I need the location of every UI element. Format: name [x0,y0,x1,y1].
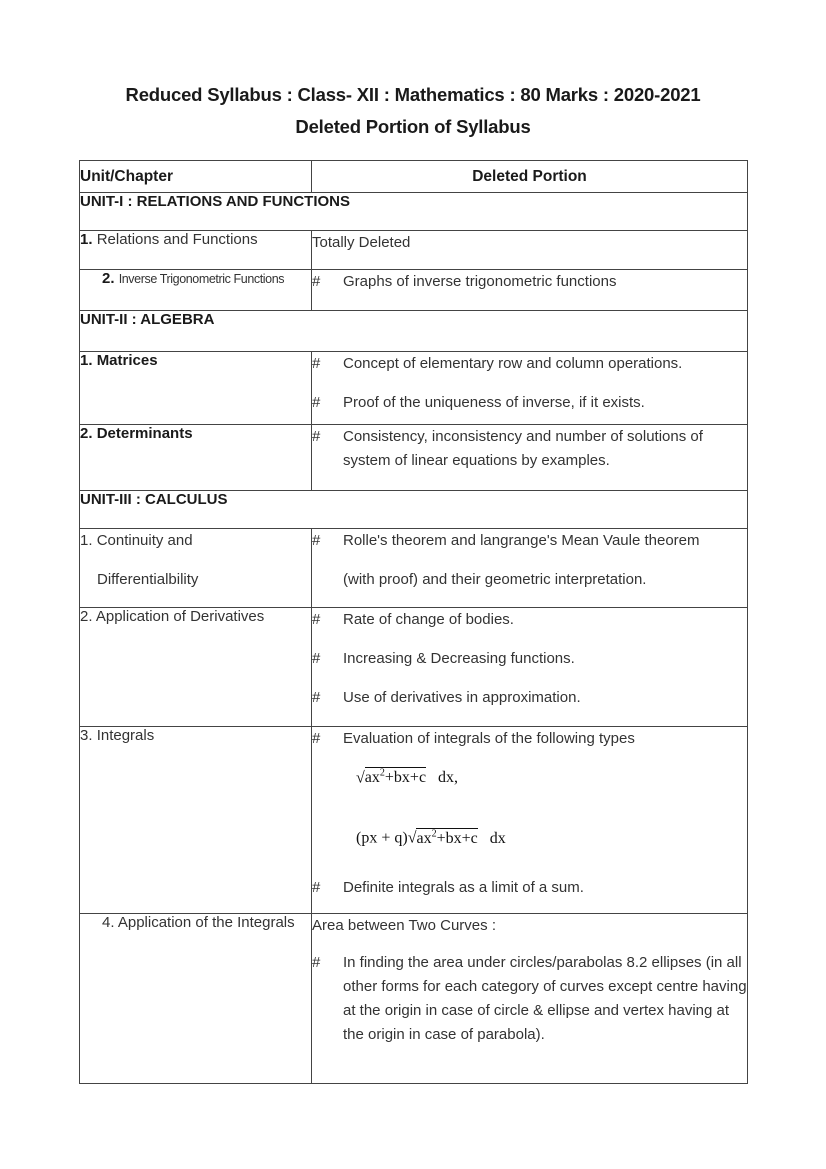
unit-row: UNIT-II : ALGEBRA [80,311,748,352]
deleted-item: #Consistency, inconsistency and number o… [312,425,747,473]
deleted-item: #Graphs of inverse trigonometric functio… [312,270,747,293]
deleted-item: #Use of derivatives in approximation. [312,686,747,709]
chapter-name: Application of the Integrals [118,914,295,931]
chapter-name: Application of Derivatives [96,608,264,625]
deleted-portion-cell: #Rolle's theorem and langrange's Mean Va… [312,529,748,608]
sqrt-symbol: √ax2+bx+c [356,763,426,789]
chapter-cell: 3. Integrals [80,727,312,914]
unit-title: UNIT-II : ALGEBRA [80,311,748,352]
chapter-name: Inverse Trigonometric Functions [119,272,284,286]
table-row: 1. Matrices #Concept of elementary row a… [80,352,748,425]
integral-expression-1: √ax2+bx+cdx, [356,763,747,789]
syllabus-table: Unit/Chapter Deleted Portion UNIT-I : RE… [79,160,748,1084]
document-subtitle: Deleted Portion of Syllabus [0,116,826,138]
deleted-item: #Increasing & Decreasing functions. [312,647,747,670]
chapter-cell: 1. Continuity and Differentialbility [80,529,312,608]
chapter-cell: 4. Application of the Integrals [80,914,312,1084]
chapter-name: Continuity and [97,532,193,549]
deleted-portion-cell: #Evaluation of integrals of the followin… [312,727,748,914]
deleted-item: #Definite integrals as a limit of a sum. [312,876,747,899]
unit-row: UNIT-I : RELATIONS AND FUNCTIONS [80,193,748,231]
table-row: 2. Application of Derivatives #Rate of c… [80,608,748,727]
table-row: 1. Relations and Functions Totally Delet… [80,231,748,270]
document-title: Reduced Syllabus : Class- XII : Mathemat… [0,84,826,106]
table-row: 2. Inverse Trigonometric Functions #Grap… [80,270,748,311]
table-row: 3. Integrals #Evaluation of integrals of… [80,727,748,914]
deleted-item: #Evaluation of integrals of the followin… [312,727,747,750]
chapter-cell: 2. Inverse Trigonometric Functions [80,270,312,311]
deleted-subheading: Area between Two Curves : [312,914,747,937]
deleted-portion-cell: Totally Deleted [312,231,748,270]
chapter-name: Matrices [97,352,158,369]
chapter-cell: 1. Relations and Functions [80,231,312,270]
chapter-name: Relations and Functions [97,231,258,248]
unit-row: UNIT-III : CALCULUS [80,491,748,529]
deleted-item-continuation: (with proof) and their geometric interpr… [312,568,747,591]
deleted-portion-cell: #Concept of elementary row and column op… [312,352,748,425]
deleted-portion-cell: #Consistency, inconsistency and number o… [312,425,748,491]
deleted-item: #Rolle's theorem and langrange's Mean Va… [312,529,747,552]
deleted-portion-cell: Area between Two Curves : #In finding th… [312,914,748,1084]
deleted-item: #Rate of change of bodies. [312,608,747,631]
deleted-item: #Proof of the uniqueness of inverse, if … [312,391,747,414]
table-row: 4. Application of the Integrals Area bet… [80,914,748,1084]
unit-title: UNIT-III : CALCULUS [80,491,748,529]
header-deleted-portion: Deleted Portion [312,161,748,193]
deleted-item: #In finding the area under circles/parab… [312,951,747,1047]
header-unit-chapter: Unit/Chapter [80,161,312,193]
unit-title: UNIT-I : RELATIONS AND FUNCTIONS [80,193,748,231]
sqrt-symbol: √ax2+bx+c [408,823,478,849]
bullet-hash: # [312,270,343,293]
table-header-row: Unit/Chapter Deleted Portion [80,161,748,193]
table-row: 2. Determinants #Consistency, inconsiste… [80,425,748,491]
deleted-item: #Concept of elementary row and column op… [312,352,747,375]
table-row: 1. Continuity and Differentialbility #Ro… [80,529,748,608]
chapter-name: Integrals [97,727,155,744]
integral-expression-2: (px + q)√ax2+bx+cdx [356,823,747,849]
chapter-cell: 2. Application of Derivatives [80,608,312,727]
chapter-cell: 2. Determinants [80,425,312,491]
chapter-name: Determinants [97,425,193,442]
deleted-portion-cell: #Graphs of inverse trigonometric functio… [312,270,748,311]
chapter-cell: 1. Matrices [80,352,312,425]
deleted-portion-cell: #Rate of change of bodies. #Increasing &… [312,608,748,727]
deleted-text: Totally Deleted [312,231,747,254]
